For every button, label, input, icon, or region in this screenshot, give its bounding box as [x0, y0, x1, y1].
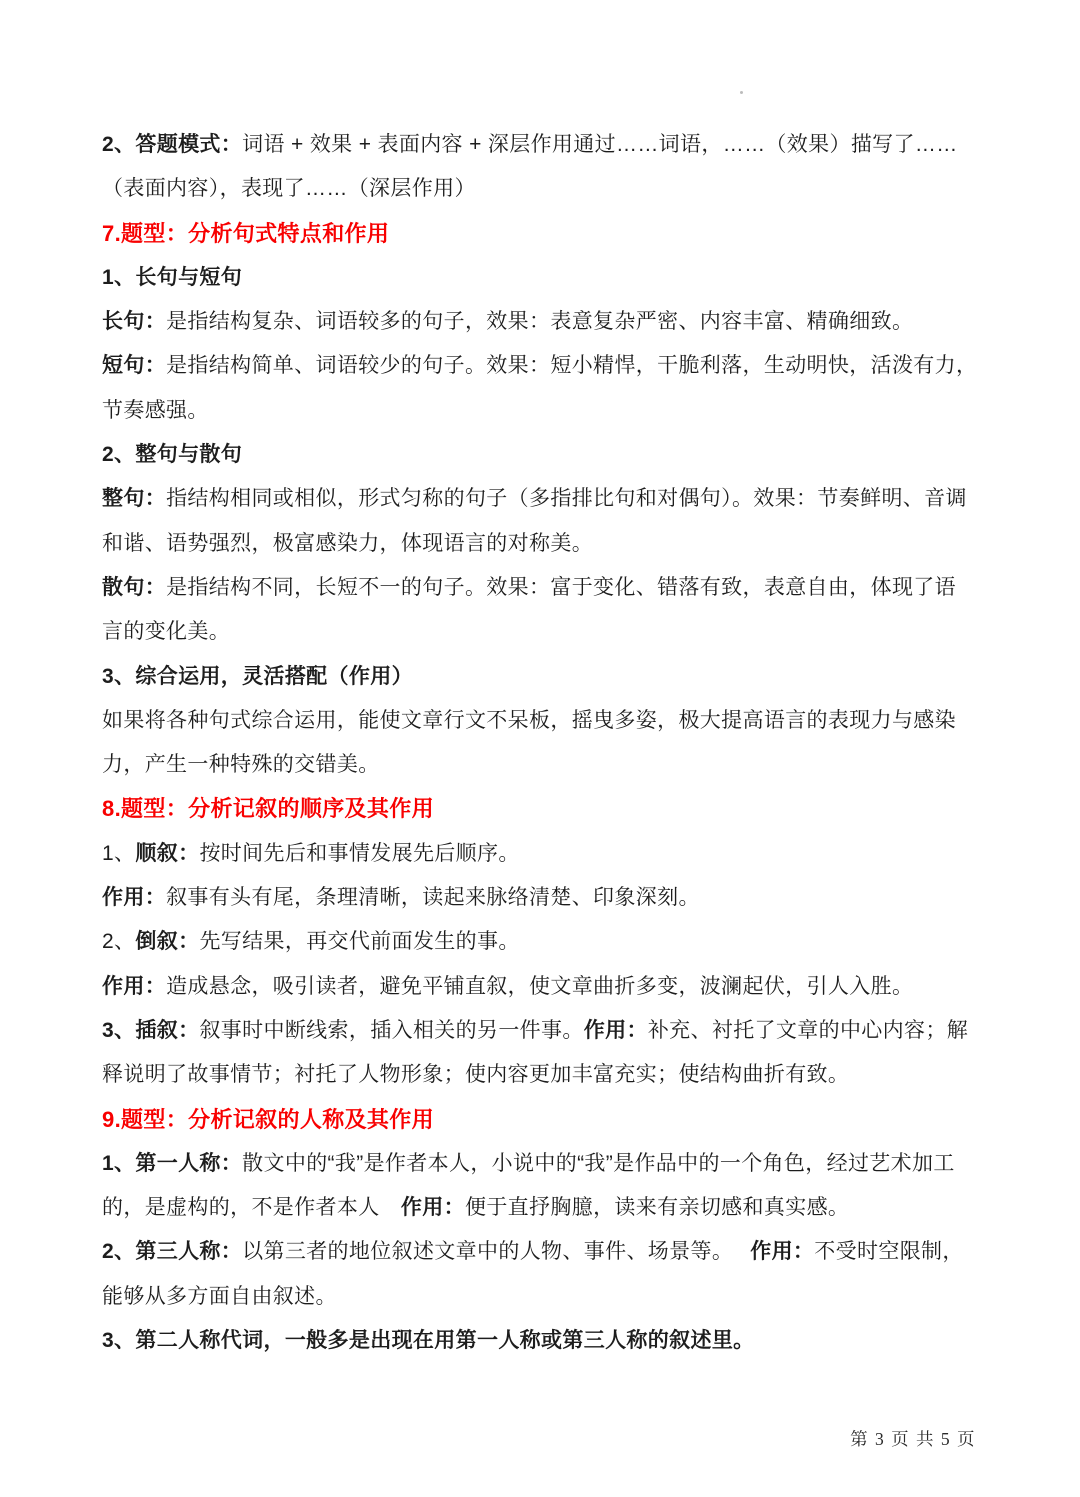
- body-text: 和谐、语势强烈，极富感染力，体现语言的对称美。: [102, 532, 593, 555]
- section-heading: 8.题型：分析记叙的顺序及其作用: [102, 787, 1004, 831]
- text-line: 7.题型：分析句式特点和作用: [102, 212, 1004, 256]
- section-heading: 9.题型：分析记叙的人称及其作用: [102, 1098, 1004, 1142]
- emphasis-text: 3、插叙：: [102, 1019, 199, 1042]
- body-text: 的，是虚构的，不是作者本人: [102, 1196, 401, 1219]
- body-text: 是指结构简单、词语较少的句子。效果：短小精悍，干脆利落，生动明快，活泼有力，: [166, 354, 977, 377]
- text-line: 9.题型：分析记叙的人称及其作用: [102, 1098, 1004, 1142]
- emphasis-text: 7.题型：分析句式特点和作用: [102, 221, 389, 246]
- paragraph: 短句：是指结构简单、词语较少的句子。效果：短小精悍，干脆利落，生动明快，活泼有力…: [102, 344, 1004, 433]
- body-text: 叙事有头有尾，条理清晰，读起来脉络清楚、印象深刻。: [166, 886, 700, 909]
- paragraph: 整句：指结构相同或相似，形式匀称的句子（多指排比句和对偶句）。效果：节奏鲜明、音…: [102, 477, 1004, 566]
- body-text: 以第三者的地位叙述文章中的人物、事件、场景等。: [242, 1240, 750, 1263]
- paragraph: 2、答题模式：词语 + 效果 + 表面内容 + 深层作用通过……词语，……（效果…: [102, 123, 1004, 212]
- text-line: 如果将各种句式综合运用，能使文章行文不呆板，摇曳多姿，极大提高语言的表现力与感染: [102, 699, 1004, 743]
- body-text: 便于直抒胸臆，读来有亲切感和真实感。: [465, 1196, 849, 1219]
- paragraph: 3、第二人称代词，一般多是出现在用第一人称或第三人称的叙述里。: [102, 1319, 1004, 1363]
- text-line: 1、顺叙：按时间先后和事情发展先后顺序。: [102, 832, 1004, 876]
- body-text: 是指结构复杂、词语较多的句子，效果：表意复杂严密、内容丰富、精确细致。: [166, 310, 913, 333]
- emphasis-text: 8.题型：分析记叙的顺序及其作用: [102, 796, 434, 821]
- body-text: 按时间先后和事情发展先后顺序。: [199, 842, 519, 865]
- page-number: 第 3 页 共 5 页: [850, 1426, 976, 1451]
- section-heading: 7.题型：分析句式特点和作用: [102, 212, 1004, 256]
- text-line: 节奏感强。: [102, 389, 1004, 433]
- text-line: 能够从多方面自由叙述。: [102, 1275, 1004, 1319]
- body-text: 指结构相同或相似，形式匀称的句子（多指排比句和对偶句）。效果：节奏鲜明、音调: [166, 487, 967, 510]
- text-line: 1、第一人称：散文中的“我”是作者本人，小说中的“我”是作品中的一个角色，经过艺…: [102, 1142, 1004, 1186]
- emphasis-text: 2、整句与散句: [102, 443, 242, 466]
- text-line: 和谐、语势强烈，极富感染力，体现语言的对称美。: [102, 522, 1004, 566]
- paragraph: 1、顺叙：按时间先后和事情发展先后顺序。: [102, 832, 1004, 876]
- emphasis-text: 1、第一人称：: [102, 1152, 242, 1175]
- emphasis-text: 3、第二人称代词，一般多是出现在用第一人称或第三人称的叙述里。: [102, 1329, 755, 1352]
- emphasis-text: 倒叙：: [135, 930, 199, 953]
- body-text: 能够从多方面自由叙述。: [102, 1285, 337, 1308]
- text-line: 作用：叙事有头有尾，条理清晰，读起来脉络清楚、印象深刻。: [102, 876, 1004, 920]
- text-line: 1、长句与短句: [102, 256, 1004, 300]
- text-line: 短句：是指结构简单、词语较少的句子。效果：短小精悍，干脆利落，生动明快，活泼有力…: [102, 344, 1004, 388]
- emphasis-text: 整句：: [102, 487, 166, 510]
- text-line: 3、第二人称代词，一般多是出现在用第一人称或第三人称的叙述里。: [102, 1319, 1004, 1363]
- paragraph: 2、第三人称：以第三者的地位叙述文章中的人物、事件、场景等。 作用：不受时空限制…: [102, 1230, 1004, 1319]
- text-line: 释说明了故事情节；衬托了人物形象；使内容更加丰富充实；使结构曲折有致。: [102, 1053, 1004, 1097]
- body-text: 补充、衬托了文章的中心内容；解: [648, 1019, 968, 1042]
- paragraph: 1、第一人称：散文中的“我”是作者本人，小说中的“我”是作品中的一个角色，经过艺…: [102, 1142, 1004, 1231]
- emphasis-text: 作用：: [102, 975, 166, 998]
- paragraph: 散句：是指结构不同，长短不一的句子。效果：富于变化、错落有致，表意自由，体现了语…: [102, 566, 1004, 655]
- paragraph: 作用：造成悬念，吸引读者，避免平铺直叙，使文章曲折多变，波澜起伏，引人入胜。: [102, 965, 1004, 1009]
- text-line: 力，产生一种特殊的交错美。: [102, 743, 1004, 787]
- emphasis-text: 9.题型：分析记叙的人称及其作用: [102, 1107, 434, 1132]
- text-line: 长句：是指结构复杂、词语较多的句子，效果：表意复杂严密、内容丰富、精确细致。: [102, 300, 1004, 344]
- body-text: 散文中的“我”是作者本人，小说中的“我”是作品中的一个角色，经过艺术加工: [242, 1152, 955, 1175]
- body-text: 节奏感强。: [102, 399, 209, 422]
- paragraph: 作用：叙事有头有尾，条理清晰，读起来脉络清楚、印象深刻。: [102, 876, 1004, 920]
- document-body: 2、答题模式：词语 + 效果 + 表面内容 + 深层作用通过……词语，……（效果…: [102, 123, 1004, 1363]
- emphasis-text: 作用：: [584, 1019, 648, 1042]
- text-line: 2、整句与散句: [102, 433, 1004, 477]
- body-text: 词语 + 效果 + 表面内容 + 深层作用通过……词语，……（效果）描写了……: [242, 133, 957, 156]
- body-text: 先写结果，再交代前面发生的事。: [199, 930, 519, 953]
- body-text: 是指结构不同，长短不一的句子。效果：富于变化、错落有致，表意自由，体现了语: [166, 576, 956, 599]
- text-line: 2、倒叙：先写结果，再交代前面发生的事。: [102, 920, 1004, 964]
- paragraph: 3、插叙：叙事时中断线索，插入相关的另一件事。作用：补充、衬托了文章的中心内容；…: [102, 1009, 1004, 1098]
- emphasis-text: 顺叙：: [135, 842, 199, 865]
- paragraph: 2、整句与散句: [102, 433, 1004, 477]
- body-text: 造成悬念，吸引读者，避免平铺直叙，使文章曲折多变，波澜起伏，引人入胜。: [166, 975, 913, 998]
- text-line: 整句：指结构相同或相似，形式匀称的句子（多指排比句和对偶句）。效果：节奏鲜明、音…: [102, 477, 1004, 521]
- emphasis-text: 短句：: [102, 354, 166, 377]
- emphasis-text: 作用：: [102, 886, 166, 909]
- emphasis-text: 1、长句与短句: [102, 266, 242, 289]
- text-line: 8.题型：分析记叙的顺序及其作用: [102, 787, 1004, 831]
- body-text: 1、: [102, 842, 135, 865]
- text-line: 2、第三人称：以第三者的地位叙述文章中的人物、事件、场景等。 作用：不受时空限制…: [102, 1230, 1004, 1274]
- emphasis-text: 长句：: [102, 310, 166, 333]
- body-text: 如果将各种句式综合运用，能使文章行文不呆板，摇曳多姿，极大提高语言的表现力与感染: [102, 709, 956, 732]
- body-text: 叙事时中断线索，插入相关的另一件事。: [199, 1019, 583, 1042]
- paragraph: 1、长句与短句: [102, 256, 1004, 300]
- text-line: 的，是虚构的，不是作者本人 作用：便于直抒胸臆，读来有亲切感和真实感。: [102, 1186, 1004, 1230]
- paragraph: 长句：是指结构复杂、词语较多的句子，效果：表意复杂严密、内容丰富、精确细致。: [102, 300, 1004, 344]
- emphasis-text: 2、第三人称：: [102, 1240, 242, 1263]
- text-line: 散句：是指结构不同，长短不一的句子。效果：富于变化、错落有致，表意自由，体现了语: [102, 566, 1004, 610]
- body-text: 释说明了故事情节；衬托了人物形象；使内容更加丰富充实；使结构曲折有致。: [102, 1063, 849, 1086]
- paragraph: 2、倒叙：先写结果，再交代前面发生的事。: [102, 920, 1004, 964]
- body-text: 力，产生一种特殊的交错美。: [102, 753, 380, 776]
- emphasis-text: 作用：: [401, 1196, 465, 1219]
- text-line: 2、答题模式：词语 + 效果 + 表面内容 + 深层作用通过……词语，……（效果…: [102, 123, 1004, 167]
- text-line: 3、综合运用，灵活搭配（作用）: [102, 655, 1004, 699]
- text-line: （表面内容），表现了……（深层作用）: [102, 167, 1004, 211]
- body-text: 言的变化美。: [102, 620, 230, 643]
- body-text: 2、: [102, 930, 135, 953]
- text-line: 作用：造成悬念，吸引读者，避免平铺直叙，使文章曲折多变，波澜起伏，引人入胜。: [102, 965, 1004, 1009]
- paragraph: 3、综合运用，灵活搭配（作用）: [102, 655, 1004, 699]
- emphasis-text: 2、答题模式：: [102, 133, 242, 156]
- text-line: 言的变化美。: [102, 610, 1004, 654]
- paragraph: 如果将各种句式综合运用，能使文章行文不呆板，摇曳多姿，极大提高语言的表现力与感染…: [102, 699, 1004, 788]
- body-text: 不受时空限制，: [814, 1240, 963, 1263]
- text-line: 3、插叙：叙事时中断线索，插入相关的另一件事。作用：补充、衬托了文章的中心内容；…: [102, 1009, 1004, 1053]
- emphasis-text: 3、综合运用，灵活搭配（作用）: [102, 665, 413, 688]
- emphasis-text: 散句：: [102, 576, 166, 599]
- scan-speck: [740, 91, 743, 94]
- body-text: （表面内容），表现了……（深层作用）: [102, 177, 476, 200]
- emphasis-text: 作用：: [750, 1240, 814, 1263]
